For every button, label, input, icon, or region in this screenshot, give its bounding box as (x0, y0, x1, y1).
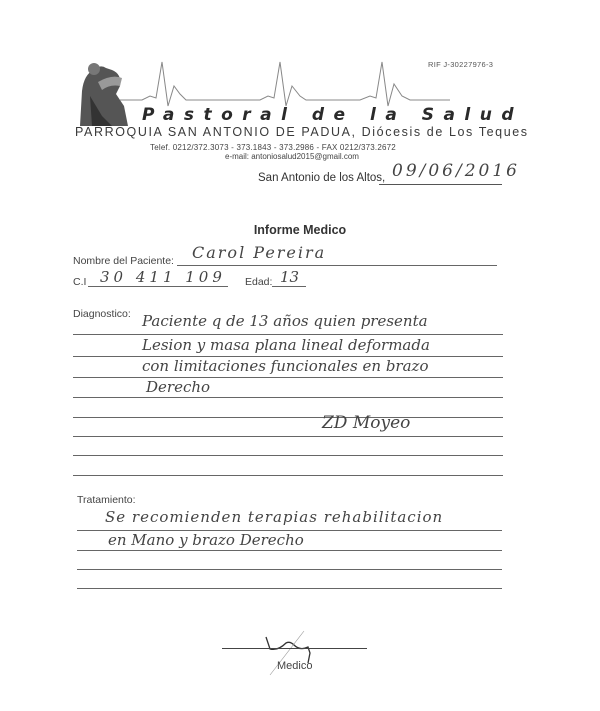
diagnosis-rule (73, 417, 503, 418)
phone-numbers: Telef. 0212/372.3073 - 373.1843 - 373.29… (150, 143, 396, 152)
date-value: 09/06/2016 (392, 161, 520, 181)
organization-name: Pastoral de la Salud (142, 105, 523, 125)
diagnosis-rule (73, 397, 503, 398)
diagnosis-label: Diagnostico: (73, 308, 131, 320)
patient-name-value: Carol Pereira (192, 243, 326, 262)
diagnosis-line-2: Lesion y masa plana lineal deformada (142, 336, 430, 354)
date-underline (379, 184, 502, 185)
diagnosis-rule (73, 436, 503, 437)
treatment-line-1: Se recomienden terapias rehabilitacion (105, 508, 443, 526)
treatment-rule (77, 550, 502, 551)
signature-line (222, 648, 367, 649)
signature-label: Medico (277, 660, 312, 672)
place-label: San Antonio de los Altos, (258, 172, 385, 184)
diagnosis-rule (73, 475, 503, 476)
treatment-rule (77, 588, 502, 589)
age-underline (272, 286, 306, 287)
age-value: 13 (280, 268, 299, 286)
diagnosis-line-3: con limitaciones funcionales en brazo (142, 357, 428, 375)
diagnosis-rule (73, 377, 503, 378)
page-title: Informe Medico (0, 223, 600, 237)
treatment-label: Tratamiento: (77, 494, 136, 506)
treatment-line-2: en Mano y brazo Derecho (108, 531, 304, 549)
age-label: Edad: (245, 276, 272, 288)
diagnosis-rule (73, 455, 503, 456)
ci-value: 30 411 109 (100, 268, 226, 286)
diagnosis-rule (73, 334, 503, 335)
ci-underline (88, 286, 228, 287)
parish-name: PARROQUIA SAN ANTONIO DE PADUA, Diócesis… (75, 125, 529, 139)
ci-label: C.I (73, 276, 86, 288)
email-address: e-mail: antoniosalud2015@gmail.com (225, 152, 359, 161)
treatment-rule (77, 569, 502, 570)
patient-name-label: Nombre del Paciente: (73, 255, 174, 267)
diagnosis-line-1: Paciente q de 13 años quien presenta (142, 312, 428, 330)
diagnosis-signature-note: ZD Moyeo (322, 413, 410, 433)
rif-number: RIF J-30227976-3 (428, 60, 493, 69)
patient-name-underline (177, 265, 497, 266)
diagnosis-line-4: Derecho (146, 378, 210, 396)
